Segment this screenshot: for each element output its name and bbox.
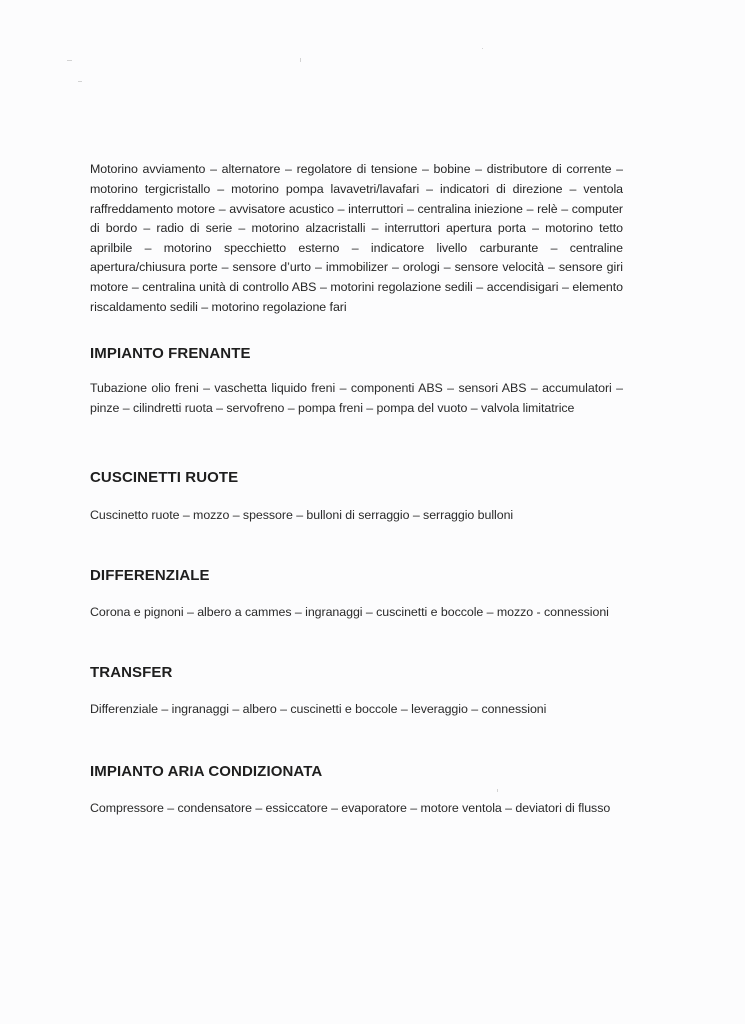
intro-paragraph: Motorino avviamento – alternatore – rego…: [90, 160, 623, 317]
section-cuscinetti-ruote: CUSCINETTI RUOTE Cuscinetto ruote – mozz…: [90, 469, 630, 526]
section-differenziale: DIFFERENZIALE Corona e pignoni – albero …: [90, 567, 630, 623]
section-heading: IMPIANTO ARIA CONDIZIONATA: [90, 763, 630, 780]
section-heading: IMPIANTO FRENANTE: [90, 345, 630, 362]
section-heading: TRANSFER: [90, 664, 630, 681]
scan-speck: [482, 48, 483, 49]
section-text: Differenziale – ingranaggi – albero – cu…: [90, 700, 630, 720]
section-text: Cuscinetto ruote – mozzo – spessore – bu…: [90, 506, 630, 526]
section-text: Corona e pignoni – albero a cammes – ing…: [90, 603, 630, 623]
scan-speck: [78, 81, 82, 82]
scanned-page: Motorino avviamento – alternatore – rego…: [0, 0, 745, 1024]
scan-speck: [67, 60, 72, 61]
scan-speck: [300, 58, 301, 62]
section-text: Tubazione olio freni – vaschetta liquido…: [90, 379, 623, 418]
section-heading: DIFFERENZIALE: [90, 567, 630, 584]
section-impianto-frenante: IMPIANTO FRENANTE Tubazione olio freni –…: [90, 345, 630, 418]
section-impianto-aria-condizionata: IMPIANTO ARIA CONDIZIONATA Compressore –…: [90, 763, 630, 819]
section-text: Compressore – condensatore – essiccatore…: [90, 799, 630, 819]
section-transfer: TRANSFER Differenziale – ingranaggi – al…: [90, 664, 630, 720]
section-heading: CUSCINETTI RUOTE: [90, 469, 630, 486]
